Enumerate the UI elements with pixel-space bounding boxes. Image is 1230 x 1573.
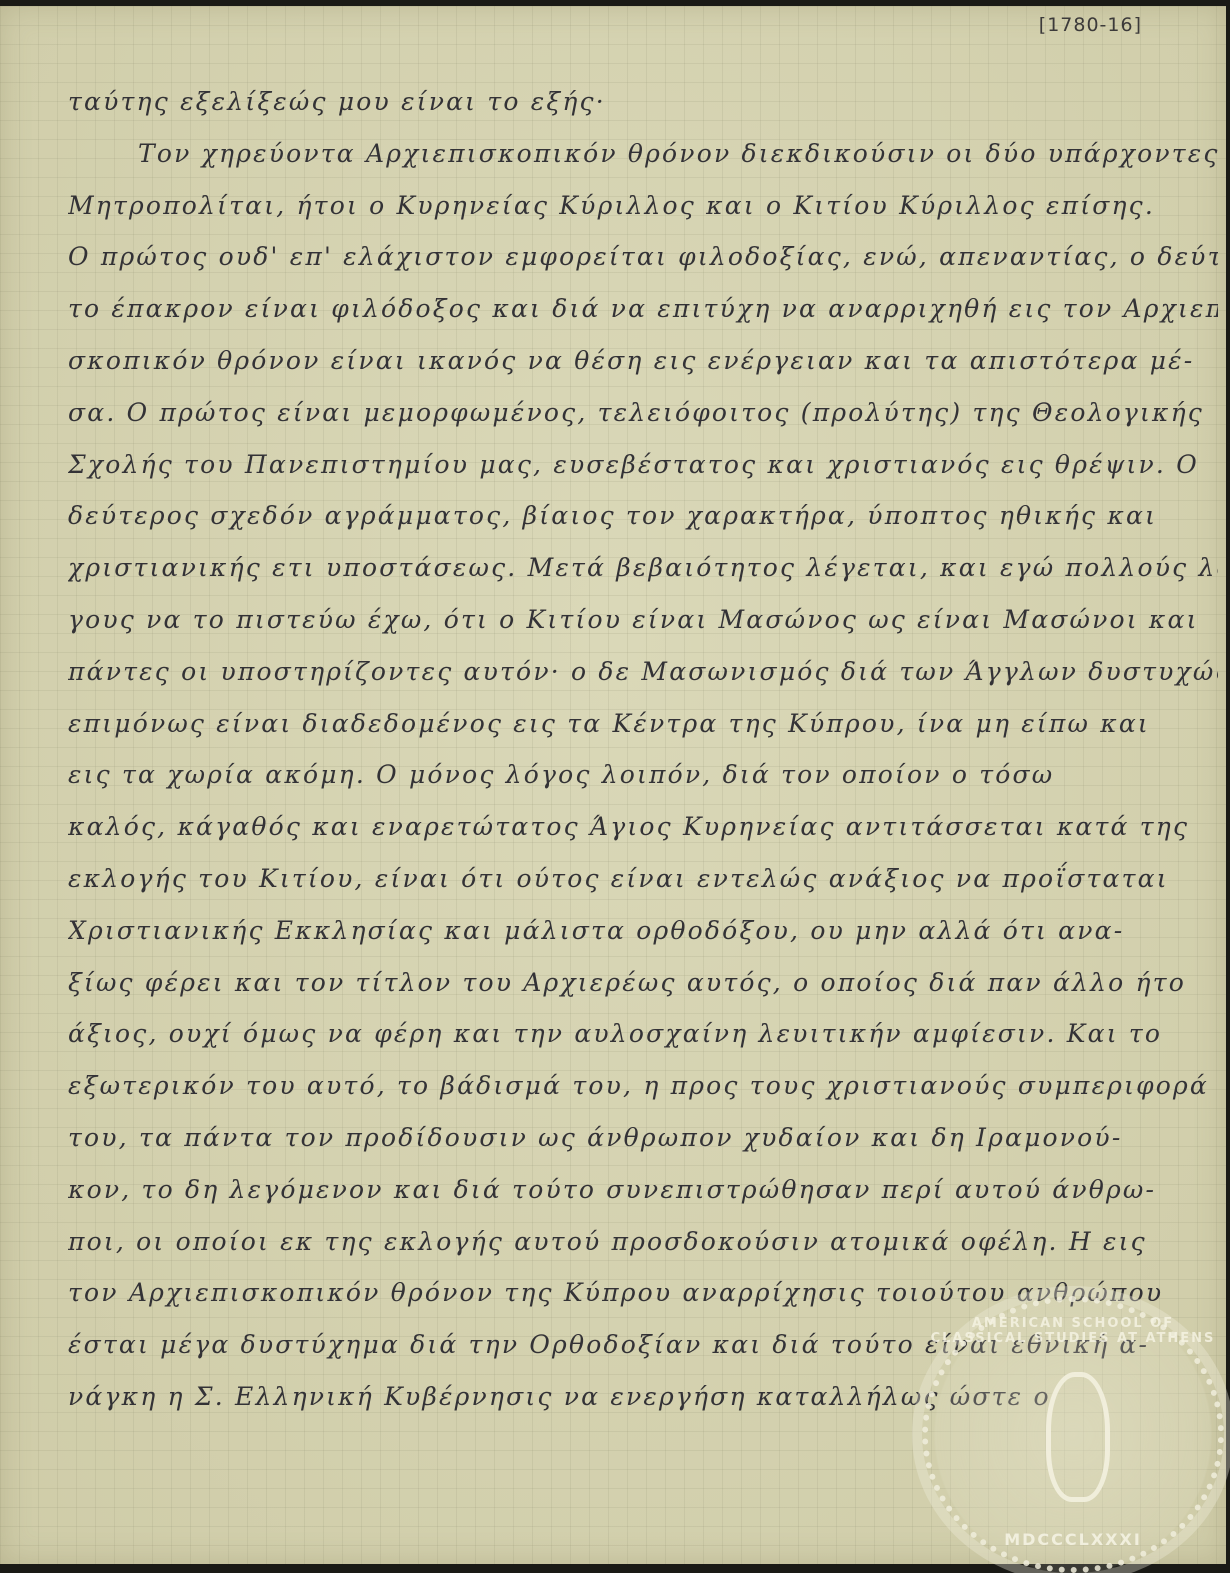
manuscript-line: καλός, κάγαθός και εναρετώτατος Άγιος Κυ…: [68, 801, 1218, 853]
manuscript-line: χριστιανικής ετι υποστάσεως. Μετά βεβαιό…: [68, 542, 1218, 594]
archive-reference: [1780-16]: [1039, 14, 1142, 36]
manuscript-line: Τον χηρεύοντα Αρχιεπισκοπικόν θρόνον διε…: [68, 128, 1218, 180]
manuscript-line: κον, το δη λεγόμενον και διά τούτο συνεπ…: [68, 1164, 1218, 1216]
manuscript-line: επιμόνως είναι διαδεδομένος εις τα Κέντρ…: [68, 698, 1218, 750]
manuscript-line: του, τα πάντα τον προδίδουσιν ως άνθρωπο…: [68, 1112, 1218, 1164]
amphora-icon: [1046, 1372, 1110, 1502]
watermark-seal: AMERICAN SCHOOL OF CLASSICAL STUDIES AT …: [922, 1296, 1224, 1570]
manuscript-line: σα. Ο πρώτος είναι μεμορφωμένος, τελειόφ…: [68, 387, 1218, 439]
manuscript-line: Σχολής του Πανεπιστημίου μας, ευσεβέστατ…: [68, 439, 1218, 491]
seal-date-text: MDCCCLXXXI: [928, 1530, 1218, 1549]
seal-top-text: AMERICAN SCHOOL OF CLASSICAL STUDIES AT …: [928, 1316, 1218, 1346]
manuscript-page: [1780-16] ταύτης εξελίξεώς μου είναι το …: [0, 6, 1226, 1564]
manuscript-line: Χριστιανικής Εκκλησίας και μάλιστα ορθοδ…: [68, 905, 1218, 957]
manuscript-line: εις τα χωρία ακόμη. Ο μόνος λόγος λοιπόν…: [68, 749, 1218, 801]
manuscript-line: σκοπικόν θρόνον είναι ικανός να θέση εις…: [68, 335, 1218, 387]
manuscript-line: δεύτερος σχεδόν αγράμματος, βίαιος τον χ…: [68, 490, 1218, 542]
manuscript-line: ξίως φέρει και τον τίτλον του Αρχιερέως …: [68, 957, 1218, 1009]
manuscript-line: ταύτης εξελίξεώς μου είναι το εξής·: [68, 76, 1218, 128]
manuscript-line: Μητροπολίται, ήτοι ο Κυρηνείας Κύριλλος …: [68, 180, 1218, 232]
handwritten-text-body: ταύτης εξελίξεώς μου είναι το εξής·Τον χ…: [68, 76, 1218, 1423]
manuscript-line: το έπακρον είναι φιλόδοξος και διά να επ…: [68, 283, 1218, 335]
manuscript-line: ποι, οι οποίοι εκ της εκλογής αυτού προσ…: [68, 1216, 1218, 1268]
manuscript-line: γους να το πιστεύω έχω, ότι ο Κιτίου είν…: [68, 594, 1218, 646]
manuscript-line: άξιος, ουχί όμως να φέρη και την αυλοσχα…: [68, 1008, 1218, 1060]
manuscript-line: εξωτερικόν του αυτό, το βάδισμά του, η π…: [68, 1060, 1218, 1112]
manuscript-line: πάντες οι υποστηρίζοντες αυτόν· ο δε Μασ…: [68, 646, 1218, 698]
manuscript-line: εκλογής του Κιτίου, είναι ότι ούτος είνα…: [68, 853, 1218, 905]
manuscript-line: Ο πρώτος ουδ' επ' ελάχιστον εμφορείται φ…: [68, 231, 1218, 283]
